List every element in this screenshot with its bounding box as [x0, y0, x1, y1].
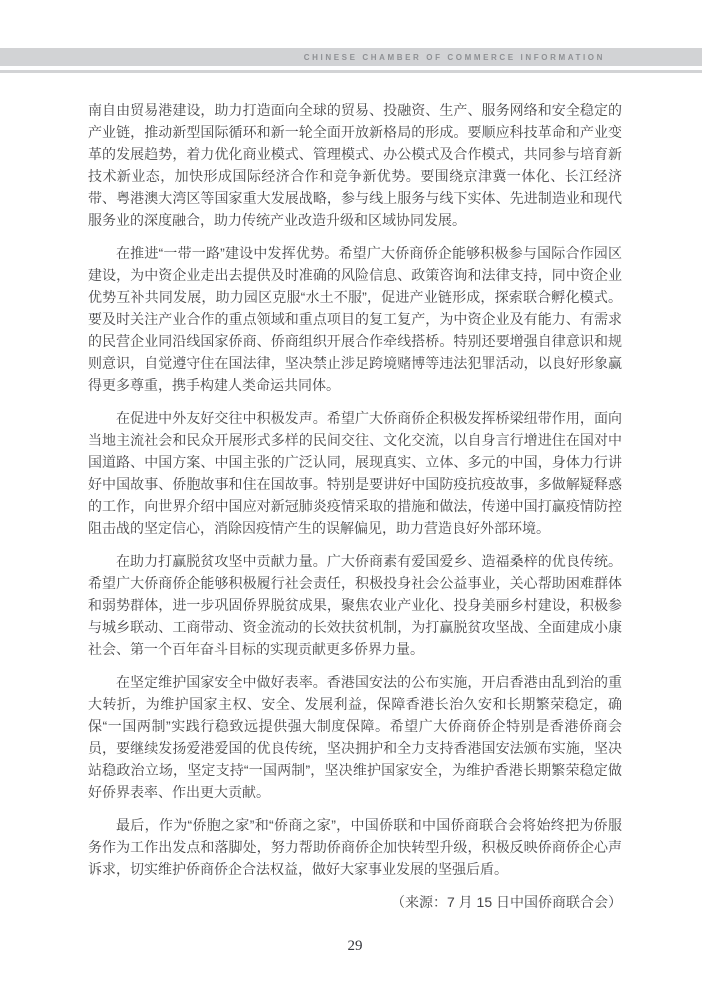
header-banner-title: CHINESE CHAMBER OF COMMERCE INFORMATION [304, 53, 605, 62]
article-body: 南自由贸易港建设，助力打造面向全球的贸易、投融资、生产、服务网络和安全稳定的产业… [88, 99, 622, 913]
document-page: CHINESE CHAMBER OF COMMERCE INFORMATION … [0, 0, 710, 994]
paragraph: 在坚定维护国家安全中做好表率。香港国安法的公布实施，开启香港由乱到治的重大转折，… [88, 671, 622, 803]
paragraph: 在促进中外友好交往中积极发声。希望广大侨商侨企积极发挥桥梁纽带作用，面向当地主流… [88, 407, 622, 539]
header-rule [0, 70, 702, 73]
paragraph: 在推进“一带一路”建设中发挥优势。希望广大侨商侨企能够积极参与国际合作园区建设，… [88, 242, 622, 396]
header-banner: CHINESE CHAMBER OF COMMERCE INFORMATION [0, 48, 702, 66]
paragraph: 南自由贸易港建设，助力打造面向全球的贸易、投融资、生产、服务网络和安全稳定的产业… [88, 99, 622, 231]
paragraph: 最后，作为“侨胞之家”和“侨商之家”，中国侨联和中国侨商联合会将始终把为侨服务作… [88, 814, 622, 880]
paragraph: 在助力打赢脱贫攻坚中贡献力量。广大侨商素有爱国爱乡、造福桑梓的优良传统。希望广大… [88, 550, 622, 660]
source-line: （来源：7 月 15 日中国侨商联合会） [88, 891, 622, 913]
page-number: 29 [0, 938, 710, 955]
